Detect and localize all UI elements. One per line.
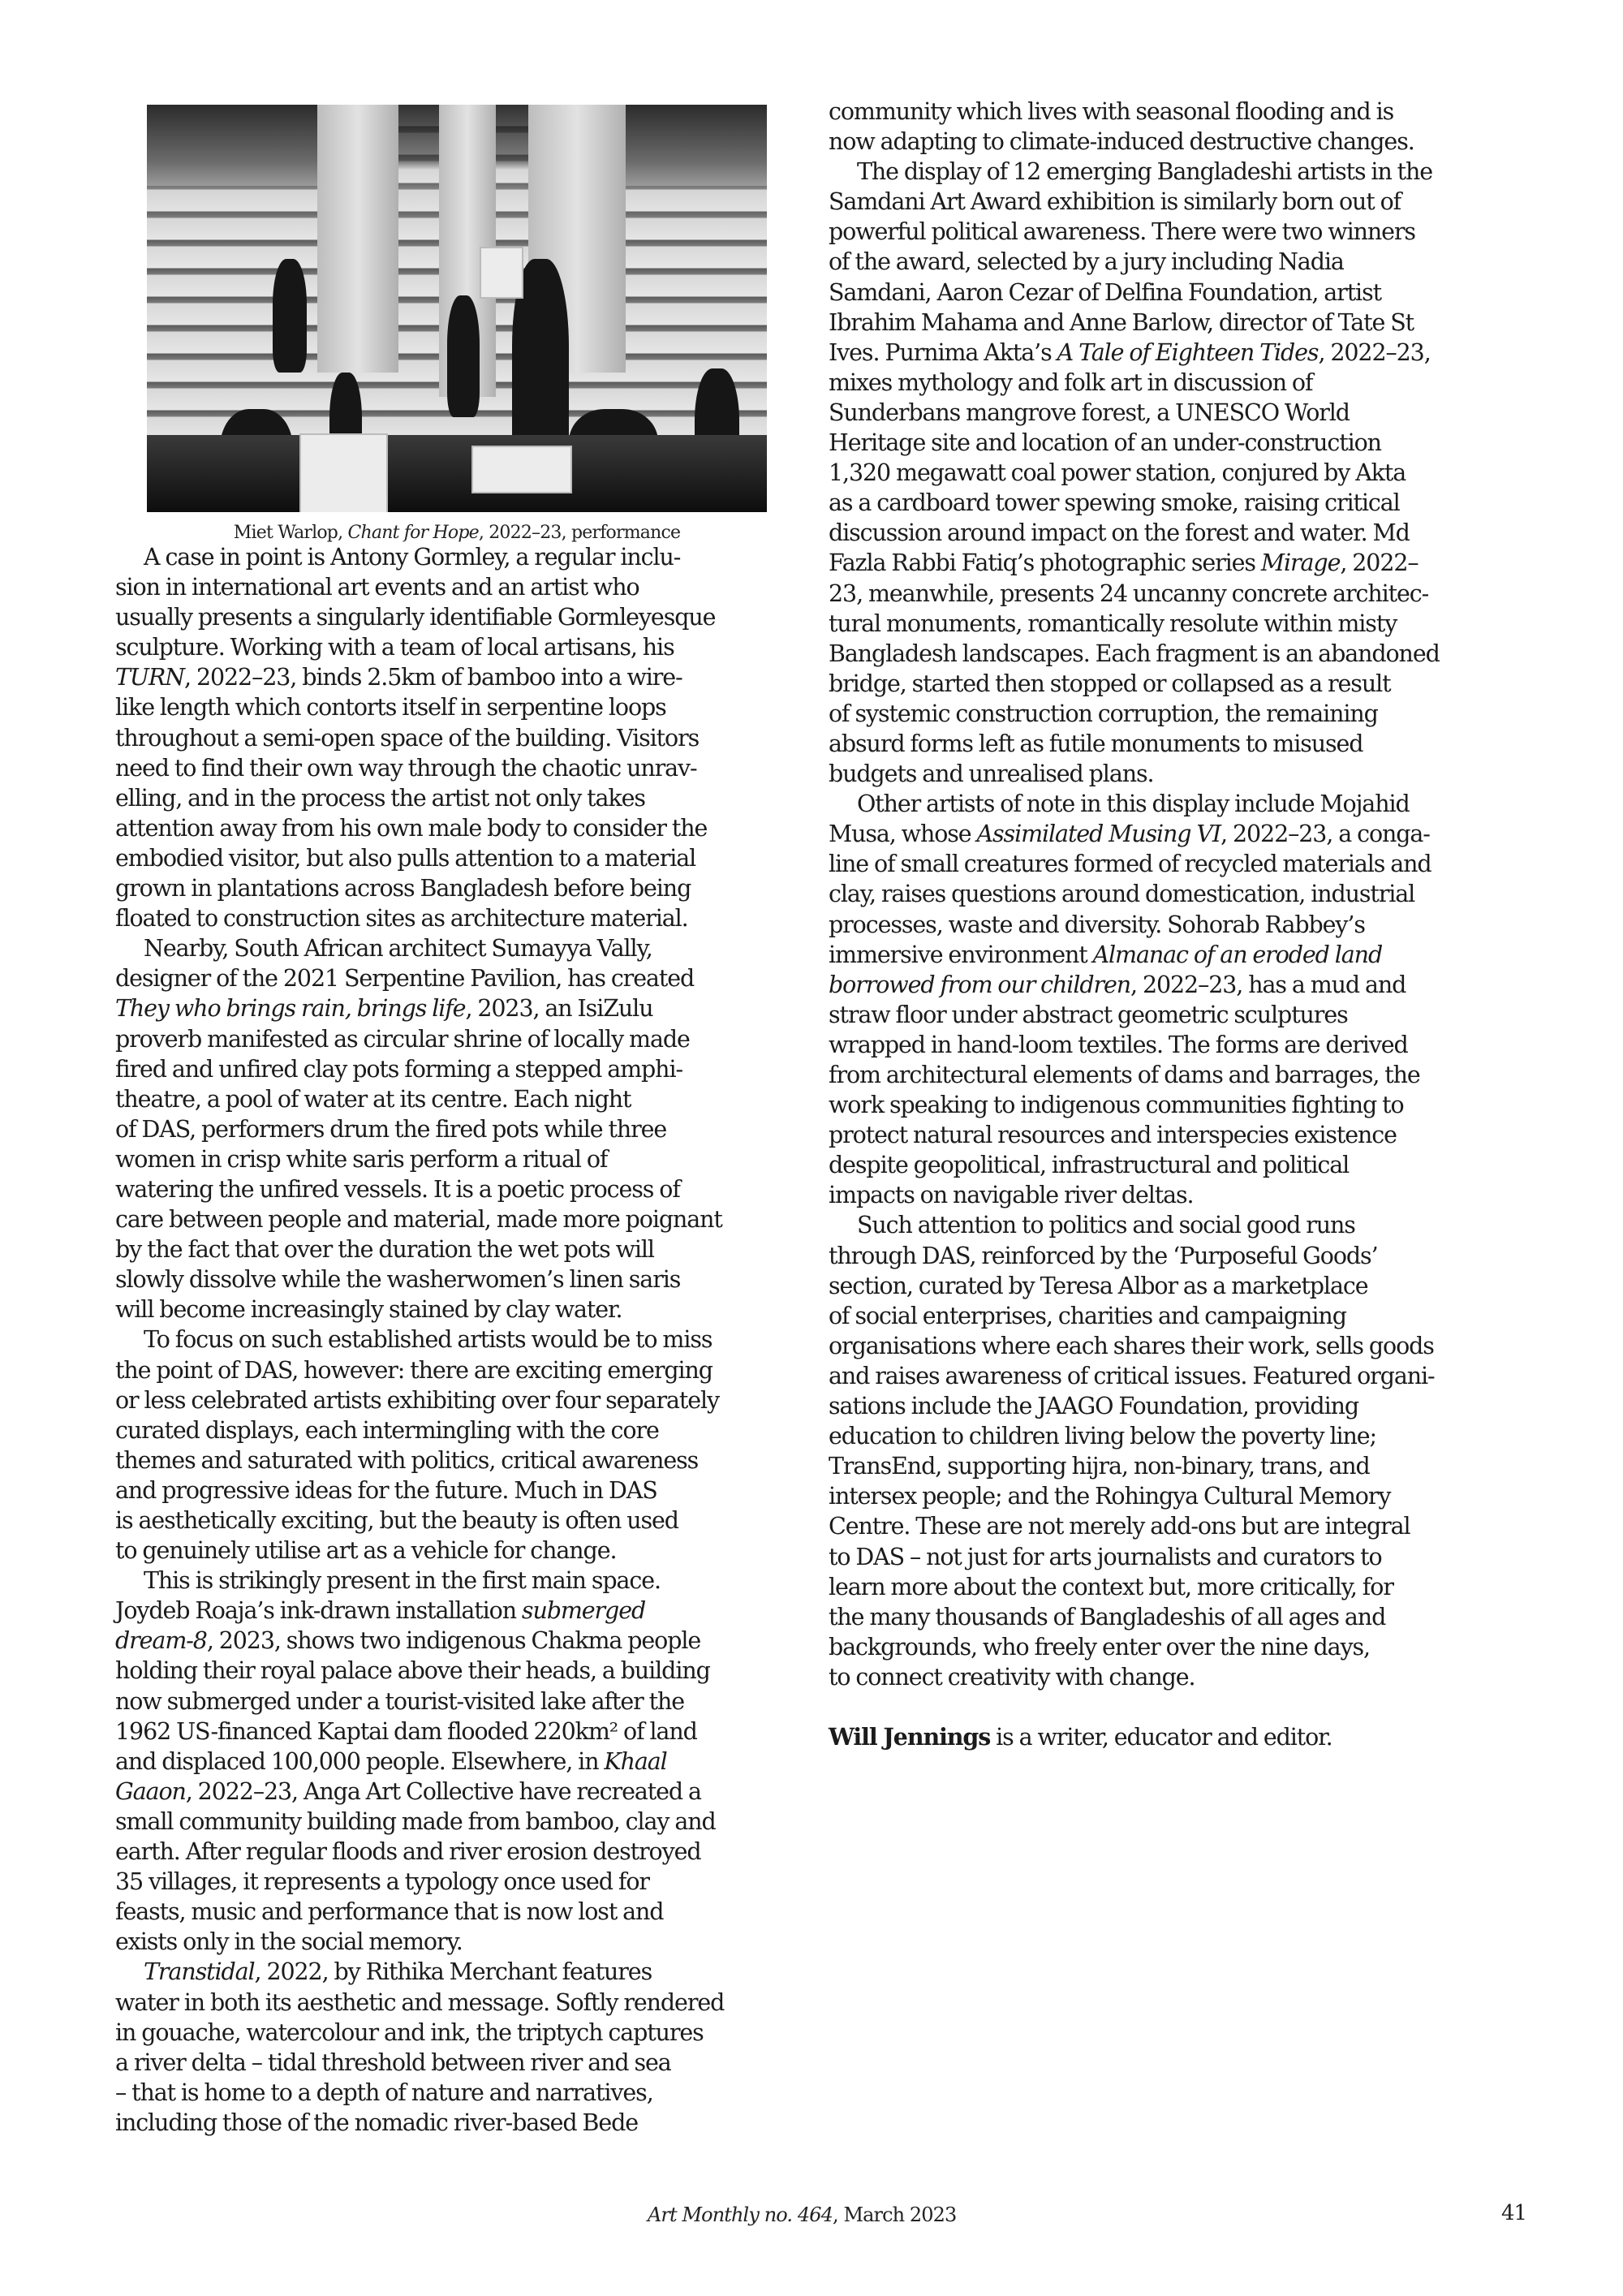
text-line: and progressive ideas for the future. Mu… xyxy=(115,1475,813,1506)
text-line: now adapting to climate-induced destruct… xyxy=(829,127,1526,157)
text-line: mixes mythology and folk art in discussi… xyxy=(829,368,1526,398)
text-line: Ibrahim Mahama and Anne Barlow, director… xyxy=(829,308,1526,338)
text-line: exists only in the social memory. xyxy=(115,1927,813,1957)
paragraph: This is strikingly present in the first … xyxy=(115,1566,813,1957)
text-line: powerful political awareness. There were… xyxy=(829,217,1526,247)
text-line: 1962 US-financed Kaptai dam flooded 220k… xyxy=(115,1717,813,1747)
balcony-right xyxy=(626,105,767,186)
text-line: is aesthetically exciting, but the beaut… xyxy=(115,1506,813,1536)
paragraph: Such attention to politics and social go… xyxy=(829,1210,1526,1692)
text-line: This is strikingly present in the first … xyxy=(115,1566,813,1596)
text-line: and displaced 100,000 people. Elsewhere,… xyxy=(115,1747,813,1777)
text-line: themes and saturated with politics, crit… xyxy=(115,1445,813,1475)
footer-publication: Art Monthly no. 464, March 2023 xyxy=(648,2203,956,2226)
text-line: despite geopolitical, infrastructural an… xyxy=(829,1150,1526,1180)
text-line: The display of 12 emerging Bangladeshi a… xyxy=(829,157,1526,187)
text-line: section, curated by Teresa Albor as a ma… xyxy=(829,1271,1526,1301)
text-line: a river delta – tidal threshold between … xyxy=(115,2048,813,2078)
text-line: 23, meanwhile, presents 24 uncanny concr… xyxy=(829,579,1526,609)
text-line: absurd forms left as futile monuments to… xyxy=(829,729,1526,759)
artwork-title: Transtidal xyxy=(144,1958,255,1985)
text-line: like length which contorts itself in ser… xyxy=(115,692,813,722)
text-line: Centre. These are not merely add-ons but… xyxy=(829,1511,1526,1541)
text-line: watering the unfired vessels. It is a po… xyxy=(115,1174,813,1204)
artwork-title: A Tale of Eighteen Tides xyxy=(1057,339,1319,366)
text-line: discussion around impact on the forest a… xyxy=(829,518,1526,548)
text-line: of the award, selected by a jury includi… xyxy=(829,247,1526,277)
artwork-title: Khaal xyxy=(604,1748,666,1775)
text-line: earth. After regular floods and river er… xyxy=(115,1837,813,1867)
paragraph: Nearby, South African architect Sumayya … xyxy=(115,933,813,1325)
text-line: feasts, music and performance that is no… xyxy=(115,1897,813,1927)
text-line: the many thousands of Bangladeshis of al… xyxy=(829,1602,1526,1632)
text-line: holding their royal palace above their h… xyxy=(115,1656,813,1686)
text-line: Bangladesh landscapes. Each fragment is … xyxy=(829,639,1526,669)
performer-figure xyxy=(447,295,480,417)
text-line: Musa, whose Assimilated Musing VI, 2022–… xyxy=(829,819,1526,849)
caption-artist: Miet Warlop, xyxy=(234,523,348,543)
paragraph: To focus on such established artists wou… xyxy=(115,1325,813,1566)
text-line: as a cardboard tower spewing smoke, rais… xyxy=(829,488,1526,518)
text-line: Samdani Art Award exhibition is similarl… xyxy=(829,187,1526,217)
text-line: wrapped in hand-loom textiles. The forms… xyxy=(829,1030,1526,1060)
text-line: care between people and material, made m… xyxy=(115,1204,813,1234)
held-panel xyxy=(480,247,523,299)
text-line: 1,320 megawatt coal power station, conju… xyxy=(829,458,1526,488)
text-line: of systemic construction corruption, the… xyxy=(829,699,1526,729)
text-line: Gaaon, 2022–23, Anga Art Collective have… xyxy=(115,1777,813,1807)
text-line: attention away from his own male body to… xyxy=(115,813,813,843)
artwork-title: Almanac of an eroded land xyxy=(1093,941,1383,968)
text-line: floated to construction sites as archite… xyxy=(115,903,813,933)
stage-base xyxy=(147,435,767,512)
text-line: to genuinely utilise art as a vehicle fo… xyxy=(115,1536,813,1566)
artwork-title: Assimilated Musing VI xyxy=(977,821,1221,847)
text-line: TURN, 2022–23, binds 2.5km of bamboo int… xyxy=(115,662,813,692)
text-line: in gouache, watercolour and ink, the tri… xyxy=(115,2018,813,2048)
script-panel xyxy=(299,433,388,512)
text-line: will become increasingly stained by clay… xyxy=(115,1294,813,1325)
artwork-title: Mirage xyxy=(1261,549,1340,576)
text-line: need to find their own way through the c… xyxy=(115,753,813,783)
caption-details: , 2022–23, performance xyxy=(479,523,680,543)
text-line: curated displays, each intermingling wit… xyxy=(115,1415,813,1445)
text-line: Transtidal, 2022, by Rithika Merchant fe… xyxy=(115,1957,813,1987)
text-line: slowly dissolve while the washerwomen’s … xyxy=(115,1264,813,1294)
paragraph: community which lives with seasonal floo… xyxy=(829,97,1526,157)
text-line: of DAS, performers drum the fired pots w… xyxy=(115,1114,813,1144)
paragraph: Other artists of note in this display in… xyxy=(829,789,1526,1210)
author-description: is a writer, educator and editor. xyxy=(990,1724,1332,1751)
text-line: A case in point is Antony Gormley, a reg… xyxy=(115,542,813,572)
text-line: impacts on navigable river deltas. xyxy=(829,1180,1526,1210)
text-line: borrowed from our children, 2022–23, has… xyxy=(829,970,1526,1000)
caption-title: Chant for Hope xyxy=(347,523,478,543)
text-line: water in both its aesthetic and message.… xyxy=(115,1988,813,2018)
text-line: throughout a semi-open space of the buil… xyxy=(115,723,813,753)
text-line: women in crisp white saris perform a rit… xyxy=(115,1144,813,1174)
text-line: and raises awareness of critical issues.… xyxy=(829,1361,1526,1391)
script-panel xyxy=(471,446,572,493)
text-line: by the fact that over the duration the w… xyxy=(115,1234,813,1264)
performance-photo xyxy=(147,105,767,512)
publication-issue: Art Monthly no. 464 xyxy=(648,2203,833,2226)
text-line: sculpture. Working with a team of local … xyxy=(115,632,813,662)
text-line: theatre, a pool of water at its centre. … xyxy=(115,1084,813,1114)
text-line: backgrounds, who freely enter over the n… xyxy=(829,1632,1526,1662)
text-line: clay, raises questions around domesticat… xyxy=(829,879,1526,909)
page-number: 41 xyxy=(1501,2201,1526,2225)
text-line: elling, and in the process the artist no… xyxy=(115,783,813,813)
text-line: They who brings rain, brings life, 2023,… xyxy=(115,993,813,1023)
pillar xyxy=(317,105,398,373)
text-line: sations include the JAAGO Foundation, pr… xyxy=(829,1391,1526,1421)
author-bio: Will Jennings is a writer, educator and … xyxy=(829,1722,1526,1752)
text-line: Nearby, South African architect Sumayya … xyxy=(115,933,813,963)
text-line: community which lives with seasonal floo… xyxy=(829,97,1526,127)
right-column: community which lives with seasonal floo… xyxy=(829,97,1526,1752)
text-line: small community building made from bambo… xyxy=(115,1807,813,1837)
text-line: budgets and unrealised plans. xyxy=(829,759,1526,789)
text-line: or less celebrated artists exhibiting ov… xyxy=(115,1385,813,1415)
artwork-title: borrowed from our children xyxy=(829,971,1130,998)
text-line: protect natural resources and interspeci… xyxy=(829,1120,1526,1150)
text-line: designer of the 2021 Serpentine Pavilion… xyxy=(115,963,813,993)
text-line: embodied visitor, but also pulls attenti… xyxy=(115,843,813,873)
text-line: line of small creatures formed of recycl… xyxy=(829,849,1526,879)
text-line: tural monuments, romantically resolute w… xyxy=(829,609,1526,639)
balcony-left xyxy=(147,105,317,186)
artwork-title: dream-8 xyxy=(115,1627,207,1654)
paragraph: Transtidal, 2022, by Rithika Merchant fe… xyxy=(115,1957,813,2138)
text-line: fired and unfired clay pots forming a st… xyxy=(115,1054,813,1084)
left-column: A case in point is Antony Gormley, a reg… xyxy=(115,542,813,2138)
text-line: Ives. Purnima Akta’s A Tale of Eighteen … xyxy=(829,338,1526,368)
text-line: Fazla Rabbi Fatiq’s photographic series … xyxy=(829,548,1526,578)
text-line: grown in plantations across Bangladesh b… xyxy=(115,873,813,903)
text-line: Joydeb Roaja’s ink-drawn installation su… xyxy=(115,1596,813,1626)
artwork-title: They who brings rain, brings life xyxy=(115,995,465,1022)
artwork-title: TURN xyxy=(115,664,184,691)
text-line: including those of the nomadic river-bas… xyxy=(115,2108,813,2138)
text-line: sion in international art events and an … xyxy=(115,572,813,602)
paragraph: The display of 12 emerging Bangladeshi a… xyxy=(829,157,1526,789)
performer-figure xyxy=(273,259,307,373)
text-line: organisations where each shares their wo… xyxy=(829,1331,1526,1361)
author-name: Will Jennings xyxy=(829,1723,990,1751)
text-line: intersex people; and the Rohingya Cultur… xyxy=(829,1481,1526,1511)
text-line: Heritage site and location of an under-c… xyxy=(829,428,1526,458)
publication-date: , March 2023 xyxy=(833,2203,956,2226)
text-line: Sunderbans mangrove forest, a UNESCO Wor… xyxy=(829,398,1526,428)
magazine-page: Miet Warlop, Chant for Hope, 2022–23, pe… xyxy=(0,0,1623,2296)
text-line: TransEnd, supporting hijra, non-binary, … xyxy=(829,1451,1526,1481)
text-line: proverb manifested as circular shrine of… xyxy=(115,1024,813,1054)
artwork-title: submerged xyxy=(522,1597,645,1624)
text-line: dream-8, 2023, shows two indigenous Chak… xyxy=(115,1626,813,1656)
text-line: of social enterprises, charities and cam… xyxy=(829,1301,1526,1331)
text-line: through DAS, reinforced by the ‘Purposef… xyxy=(829,1241,1526,1271)
text-line: Such attention to politics and social go… xyxy=(829,1210,1526,1240)
text-line: the point of DAS, however: there are exc… xyxy=(115,1355,813,1385)
text-line: To focus on such established artists wou… xyxy=(115,1325,813,1355)
text-line: – that is home to a depth of nature and … xyxy=(115,2078,813,2108)
figure-caption: Miet Warlop, Chant for Hope, 2022–23, pe… xyxy=(146,523,768,543)
text-line: processes, waste and diversity. Sohorab … xyxy=(829,910,1526,940)
text-line: immersive environment Almanac of an erod… xyxy=(829,940,1526,970)
text-line: usually presents a singularly identifiab… xyxy=(115,602,813,632)
text-line: from architectural elements of dams and … xyxy=(829,1060,1526,1090)
text-line: straw floor under abstract geometric scu… xyxy=(829,1000,1526,1030)
text-line: learn more about the context but, more c… xyxy=(829,1572,1526,1602)
text-line: Samdani, Aaron Cezar of Delfina Foundati… xyxy=(829,278,1526,308)
text-line: Other artists of note in this display in… xyxy=(829,789,1526,819)
paragraph: A case in point is Antony Gormley, a reg… xyxy=(115,542,813,933)
artwork-title: Gaaon xyxy=(115,1778,186,1805)
text-line: to DAS – not just for arts journalists a… xyxy=(829,1542,1526,1572)
text-line: education to children living below the p… xyxy=(829,1421,1526,1451)
text-line: 35 villages, it represents a typology on… xyxy=(115,1867,813,1897)
text-line: to connect creativity with change. xyxy=(829,1662,1526,1692)
text-line: work speaking to indigenous communities … xyxy=(829,1090,1526,1120)
text-line: bridge, started then stopped or collapse… xyxy=(829,669,1526,699)
text-line: now submerged under a tourist-visited la… xyxy=(115,1686,813,1717)
